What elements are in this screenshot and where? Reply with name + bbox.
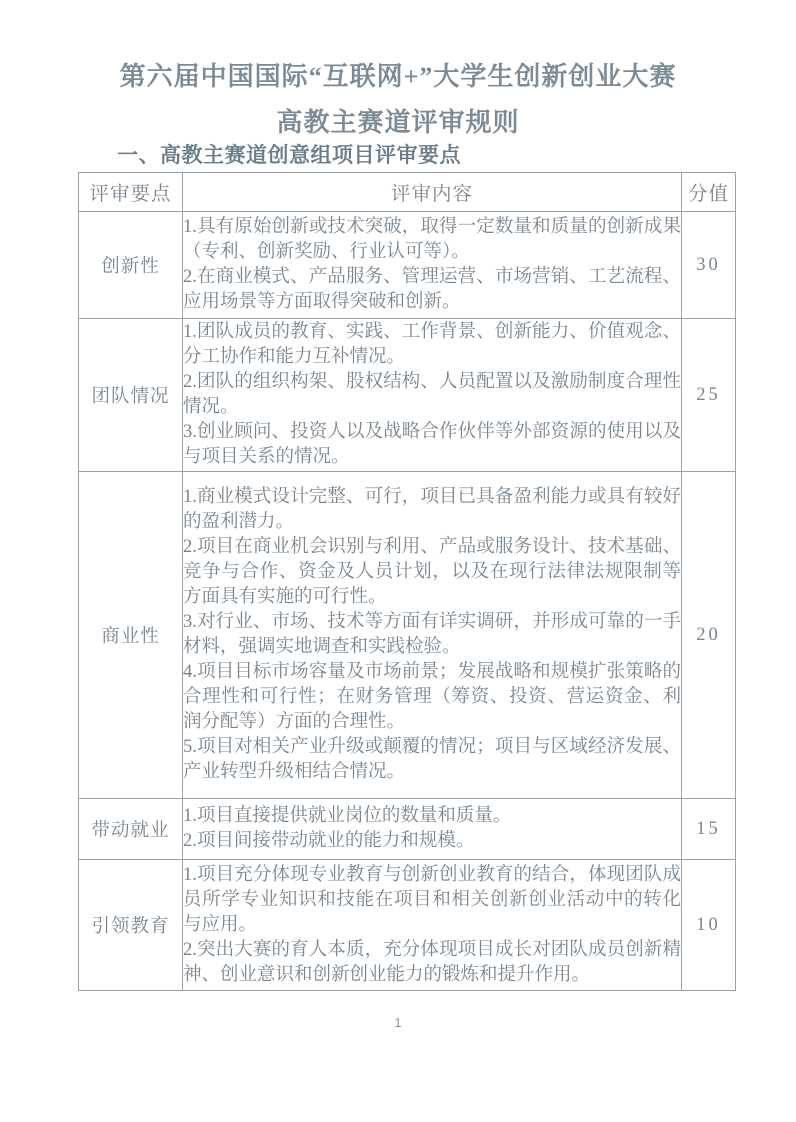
document-title-line1: 第六届中国国际“互联网+”大学生创新创业大赛 bbox=[0, 56, 796, 93]
content-item: 1.商业模式设计完整、可行，项目已具备盈利能力或具有较好的盈利潜力。 bbox=[183, 485, 681, 535]
criterion-cell: 带动就业 bbox=[79, 799, 183, 860]
page-number: 1 bbox=[0, 1015, 796, 1030]
table-row-innovation: 创新性 1.具有原始创新或技术突破，取得一定数量和质量的创新成果（专利、创新奖励… bbox=[79, 212, 736, 319]
content-cell: 1.团队成员的教育、实践、工作背景、创新能力、价值观念、分工协作和能力互补情况。… bbox=[183, 319, 682, 472]
header-criterion: 评审要点 bbox=[79, 173, 183, 212]
section-heading: 一、高教主赛道创意组项目评审要点 bbox=[117, 139, 461, 169]
content-cell: 1.具有原始创新或技术突破，取得一定数量和质量的创新成果（专利、创新奖励、行业认… bbox=[183, 212, 682, 319]
content-item: 2.项目间接带动就业的能力和规模。 bbox=[183, 829, 681, 854]
score-cell: 20 bbox=[682, 472, 736, 799]
score-cell: 25 bbox=[682, 319, 736, 472]
table-row-commercial: 商业性 1.商业模式设计完整、可行，项目已具备盈利能力或具有较好的盈利潜力。 2… bbox=[79, 472, 736, 799]
score-cell: 15 bbox=[682, 799, 736, 860]
content-item: 3.对行业、市场、技术等方面有详实调研，并形成可靠的一手材料，强调实地调查和实践… bbox=[183, 610, 681, 660]
table-header-row: 评审要点 评审内容 分值 bbox=[79, 173, 736, 212]
score-cell: 10 bbox=[682, 860, 736, 991]
content-item: 2.团队的组织构架、股权结构、人员配置以及激励制度合理性情况。 bbox=[183, 370, 681, 420]
content-item: 3.创业顾问、投资人以及战略合作伙伴等外部资源的使用以及与项目关系的情况。 bbox=[183, 420, 681, 470]
criterion-cell: 商业性 bbox=[79, 472, 183, 799]
header-score: 分值 bbox=[682, 173, 736, 212]
criterion-cell: 创新性 bbox=[79, 212, 183, 319]
content-item: 5.项目对相关产业升级或颠覆的情况；项目与区域经济发展、产业转型升级相结合情况。 bbox=[183, 735, 681, 785]
review-criteria-table: 评审要点 评审内容 分值 创新性 1.具有原始创新或技术突破，取得一定数量和质量… bbox=[78, 172, 736, 991]
content-cell: 1.商业模式设计完整、可行，项目已具备盈利能力或具有较好的盈利潜力。 2.项目在… bbox=[183, 472, 682, 799]
header-content: 评审内容 bbox=[183, 173, 682, 212]
content-cell: 1.项目直接提供就业岗位的数量和质量。 2.项目间接带动就业的能力和规模。 bbox=[183, 799, 682, 860]
criterion-cell: 团队情况 bbox=[79, 319, 183, 472]
content-item: 2.突出大赛的育人本质，充分体现项目成长对团队成员创新精神、创业意识和创新创业能… bbox=[183, 938, 681, 988]
content-item: 1.具有原始创新或技术突破，取得一定数量和质量的创新成果（专利、创新奖励、行业认… bbox=[183, 215, 681, 265]
table-row-education: 引领教育 1.项目充分体现专业教育与创新创业教育的结合，体现团队成员所学专业知识… bbox=[79, 860, 736, 991]
content-item: 1.项目充分体现专业教育与创新创业教育的结合，体现团队成员所学专业知识和技能在项… bbox=[183, 863, 681, 938]
content-item: 1.项目直接提供就业岗位的数量和质量。 bbox=[183, 804, 681, 829]
content-item: 2.项目在商业机会识别与利用、产品或服务设计、技术基础、竞争与合作、资金及人员计… bbox=[183, 535, 681, 610]
table-row-team: 团队情况 1.团队成员的教育、实践、工作背景、创新能力、价值观念、分工协作和能力… bbox=[79, 319, 736, 472]
document-title-line2: 高教主赛道评审规则 bbox=[0, 102, 796, 139]
content-item: 4.项目目标市场容量及市场前景；发展战略和规模扩张策略的合理性和可行性；在财务管… bbox=[183, 660, 681, 735]
criterion-cell: 引领教育 bbox=[79, 860, 183, 991]
content-item: 2.在商业模式、产品服务、管理运营、市场营销、工艺流程、应用场景等方面取得突破和… bbox=[183, 265, 681, 315]
score-cell: 30 bbox=[682, 212, 736, 319]
document-page: 第六届中国国际“互联网+”大学生创新创业大赛 高教主赛道评审规则 一、高教主赛道… bbox=[0, 0, 796, 1122]
content-cell: 1.项目充分体现专业教育与创新创业教育的结合，体现团队成员所学专业知识和技能在项… bbox=[183, 860, 682, 991]
table-row-employment: 带动就业 1.项目直接提供就业岗位的数量和质量。 2.项目间接带动就业的能力和规… bbox=[79, 799, 736, 860]
content-item: 1.团队成员的教育、实践、工作背景、创新能力、价值观念、分工协作和能力互补情况。 bbox=[183, 320, 681, 370]
